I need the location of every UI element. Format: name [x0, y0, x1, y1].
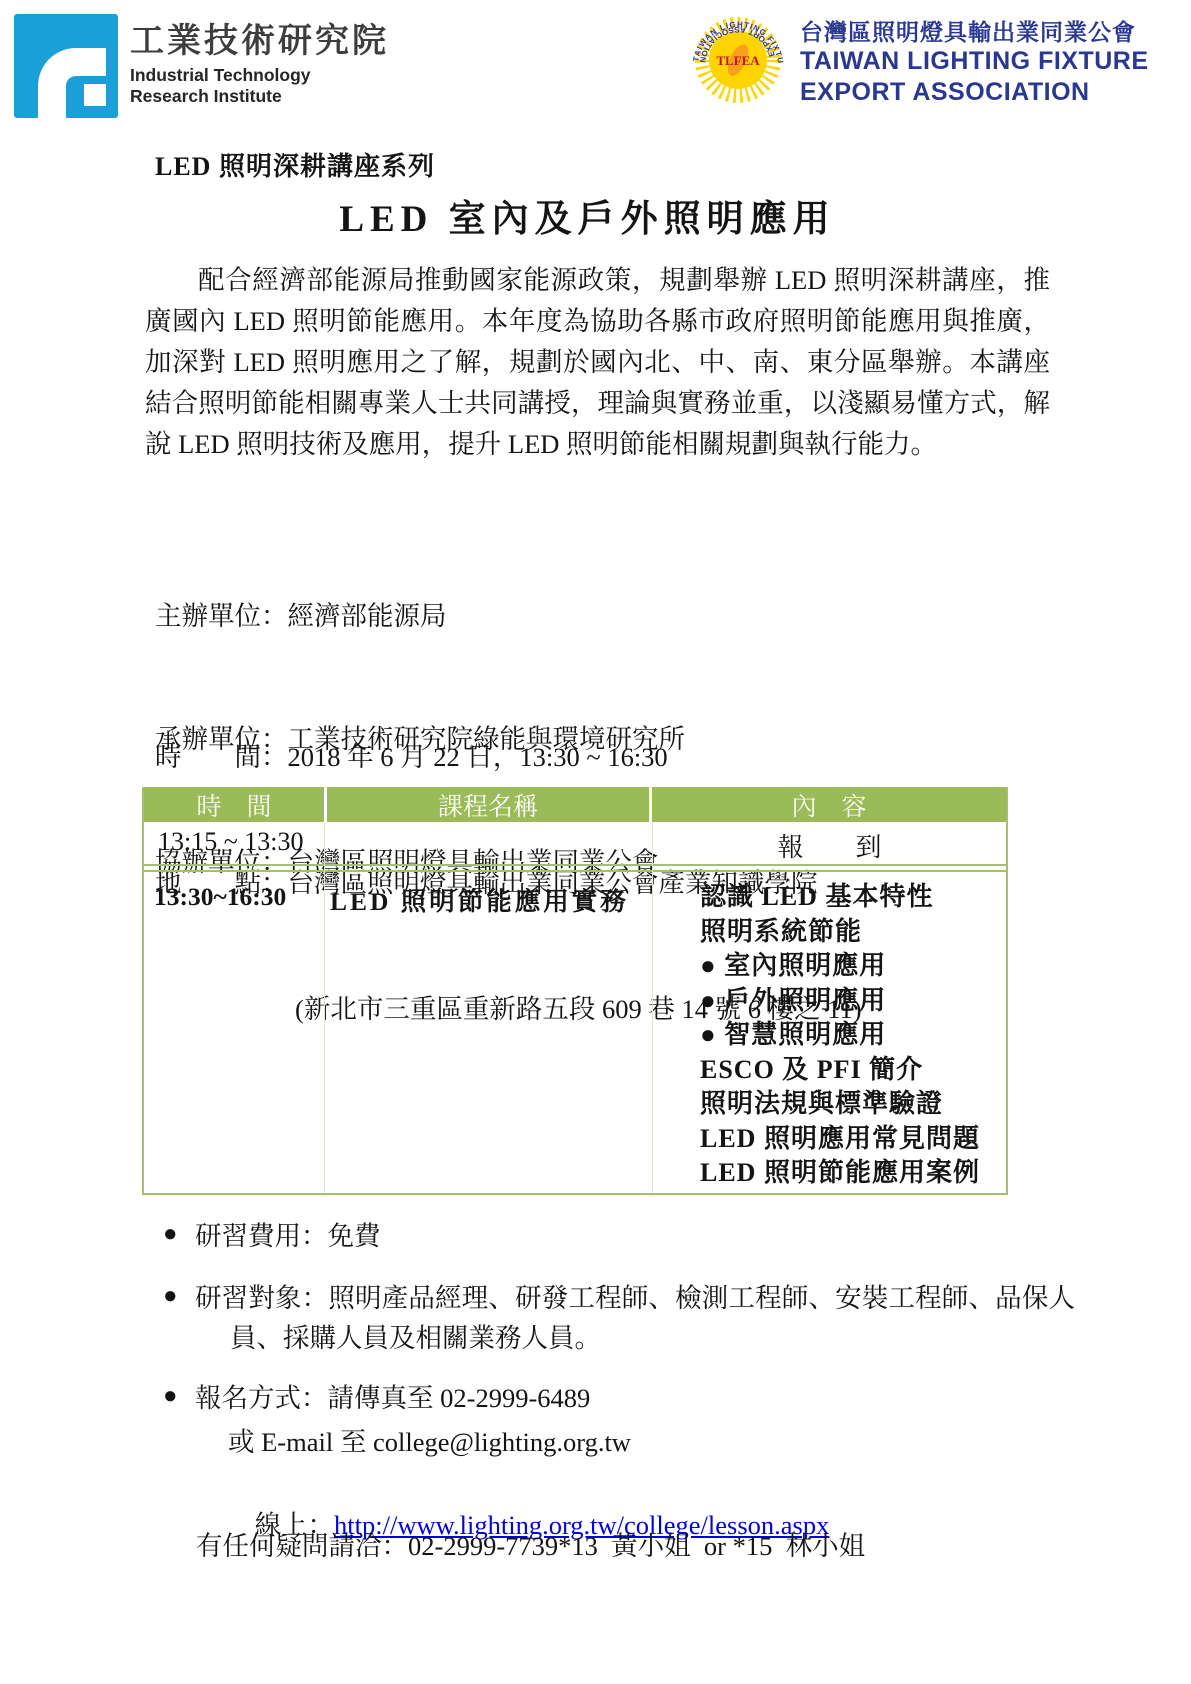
- bullet-icon: ●: [163, 1214, 178, 1254]
- row-divider: [144, 864, 1006, 872]
- note-fee-text: 研習費用：免費: [195, 1221, 381, 1251]
- organizer-line: 主辦單位：經濟部能源局: [155, 596, 685, 637]
- svg-text:TLFEA: TLFEA: [716, 53, 760, 68]
- series-title: LED 照明深耕講座系列: [155, 146, 435, 183]
- itri-logo-text: 工業技術研究院 Industrial Technology Research I…: [130, 22, 389, 107]
- intro-paragraph: 配合經濟部能源局推動國家能源政策，規劃舉辦 LED 照明深耕講座，推廣國內 LE…: [145, 260, 1050, 465]
- content-item: 照明系統節能: [700, 915, 980, 950]
- row2-content-list: 認識 LED 基本特性 照明系統節能 ● 室內照明應用 ● 戶外照明應用 ● 智…: [700, 880, 980, 1191]
- tlfea-logo-text: 台灣區照明燈具輸出業同業公會 TAIWAN LIGHTING FIXTURE E…: [800, 18, 1149, 108]
- col-header-course: 課程名稱: [327, 787, 649, 822]
- content-item: 認識 LED 基本特性: [700, 880, 980, 915]
- note-registration: ● 報名方式：請傳真至 02-2999-6489: [195, 1378, 590, 1418]
- event-time: 時 間：2018 年 6 月 22 日，13:30 ~ 16:30: [155, 736, 862, 778]
- note-audience-text: 研習對象：照明產品經理、研發工程師、檢測工程師、安裝工程師、品保人員、採購人員及…: [195, 1283, 1075, 1353]
- tlfea-name-zh: 台灣區照明燈具輸出業同業公會: [800, 18, 1149, 46]
- col-header-content: 內 容: [652, 787, 1006, 822]
- tlfea-name-en1: TAIWAN LIGHTING FIXTURE: [800, 46, 1149, 77]
- content-item: ● 智慧照明應用: [700, 1018, 980, 1053]
- row1-time: 13:15 ~ 13:30: [158, 827, 304, 857]
- tlfea-badge-icon: TLFEA TAIWAN LIGHTING FIXTURE EXPORT ASS…: [688, 10, 788, 110]
- tlfea-name-en2: EXPORT ASSOCIATION: [800, 77, 1149, 108]
- content-item: ● 戶外照明應用: [700, 984, 980, 1019]
- content-item: LED 照明節能應用案例: [700, 1156, 980, 1191]
- flyer-page: 工業技術研究院 Industrial Technology Research I…: [0, 0, 1191, 1684]
- note-audience: ● 研習對象：照明產品經理、研發工程師、檢測工程師、安裝工程師、品保人員、採購人…: [195, 1278, 1075, 1358]
- schedule-header-row: 時 間 課程名稱 內 容: [144, 787, 1006, 822]
- row1-content: 報 到: [653, 827, 1006, 864]
- email-line: 或 E-mail 至 college@lighting.org.tw: [228, 1420, 631, 1459]
- schedule-body: 13:15 ~ 13:30 報 到 13:30~16:30 LED 照明節能應用…: [144, 822, 1006, 1193]
- content-item: ESCO 及 PFI 簡介: [700, 1053, 980, 1088]
- bullet-icon: ●: [163, 1376, 178, 1416]
- schedule-table: 時 間 課程名稱 內 容 13:15 ~ 13:30 報 到 13:30~16:…: [142, 787, 1008, 1195]
- table-row: 13:30~16:30 LED 照明節能應用實務 認識 LED 基本特性 照明系…: [144, 872, 1006, 1193]
- itri-name-zh: 工業技術研究院: [130, 22, 389, 60]
- itri-name-en: Industrial Technology Research Institute: [130, 65, 389, 107]
- itri-logo-icon: [14, 14, 118, 118]
- contact-line: 有任何疑問請洽：02-2999-7739*13 黃小姐 or *15 林小姐: [196, 1524, 865, 1563]
- page-title: LED 室內及戶外照明應用: [0, 188, 1175, 242]
- content-item: ● 室內照明應用: [700, 949, 980, 984]
- table-row: 13:15 ~ 13:30 報 到: [144, 822, 1006, 864]
- row2-course: LED 照明節能應用實務: [330, 882, 629, 918]
- content-item: LED 照明應用常見問題: [700, 1122, 980, 1157]
- note-registration-text: 報名方式：請傳真至 02-2999-6489: [195, 1383, 590, 1413]
- row2-time: 13:30~16:30: [154, 882, 286, 912]
- content-item: 照明法規與標準驗證: [700, 1087, 980, 1122]
- col-header-time: 時 間: [144, 787, 324, 822]
- note-fee: ● 研習費用：免費: [195, 1216, 381, 1256]
